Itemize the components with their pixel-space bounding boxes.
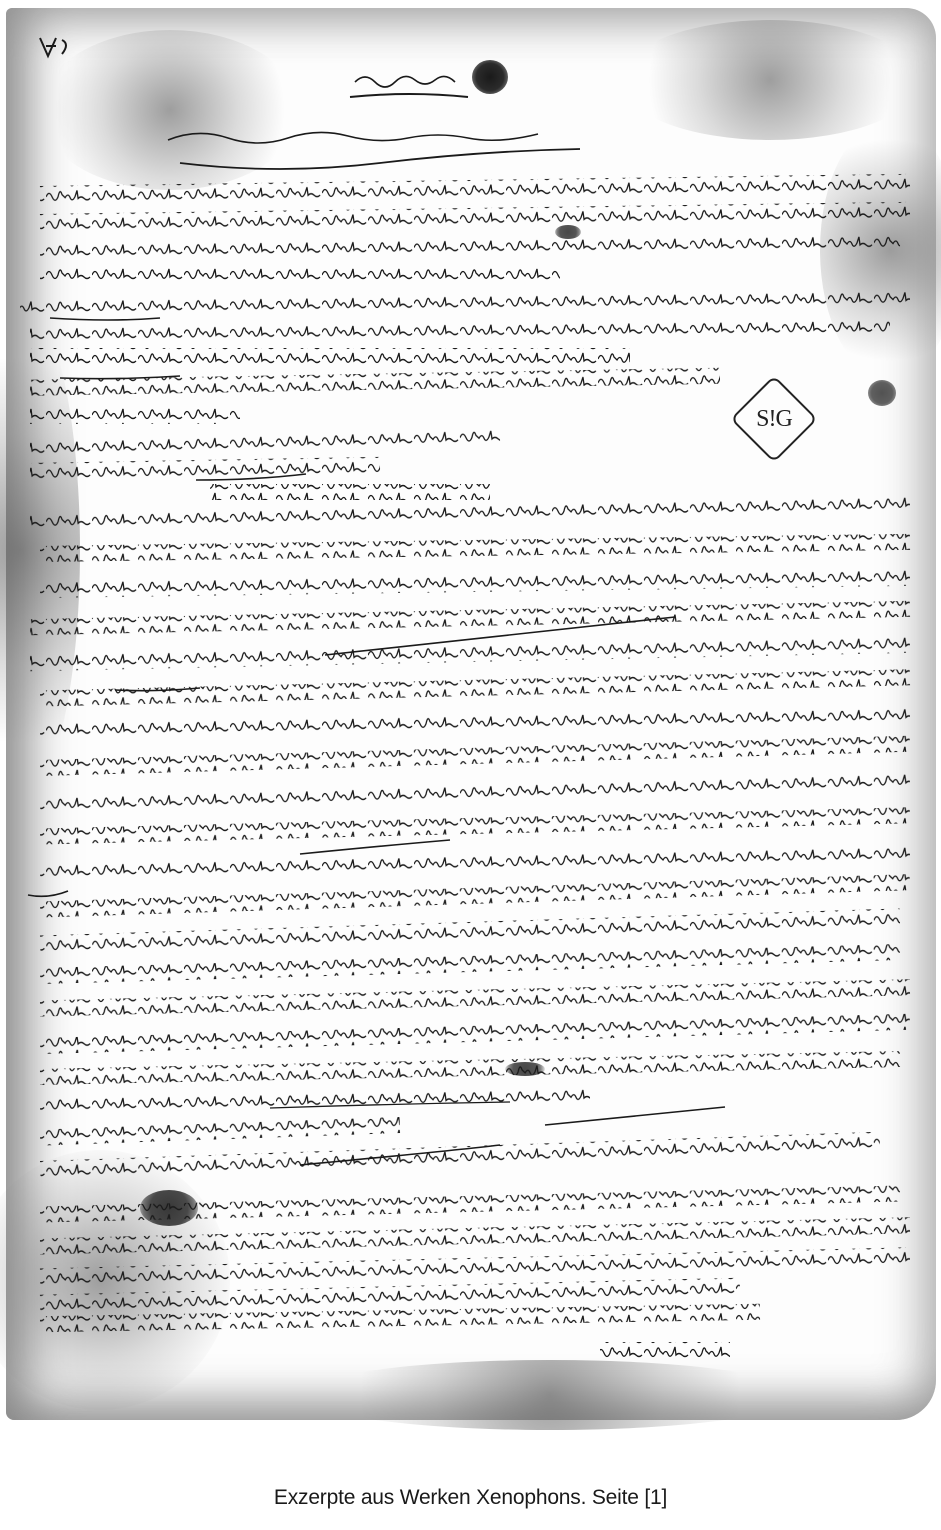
page-caption: Exzerpte aus Werken Xenophons. Seite [1] [0, 1486, 941, 1510]
stamp-text: S!G [743, 392, 805, 446]
handwritten-text [0, 0, 941, 1420]
